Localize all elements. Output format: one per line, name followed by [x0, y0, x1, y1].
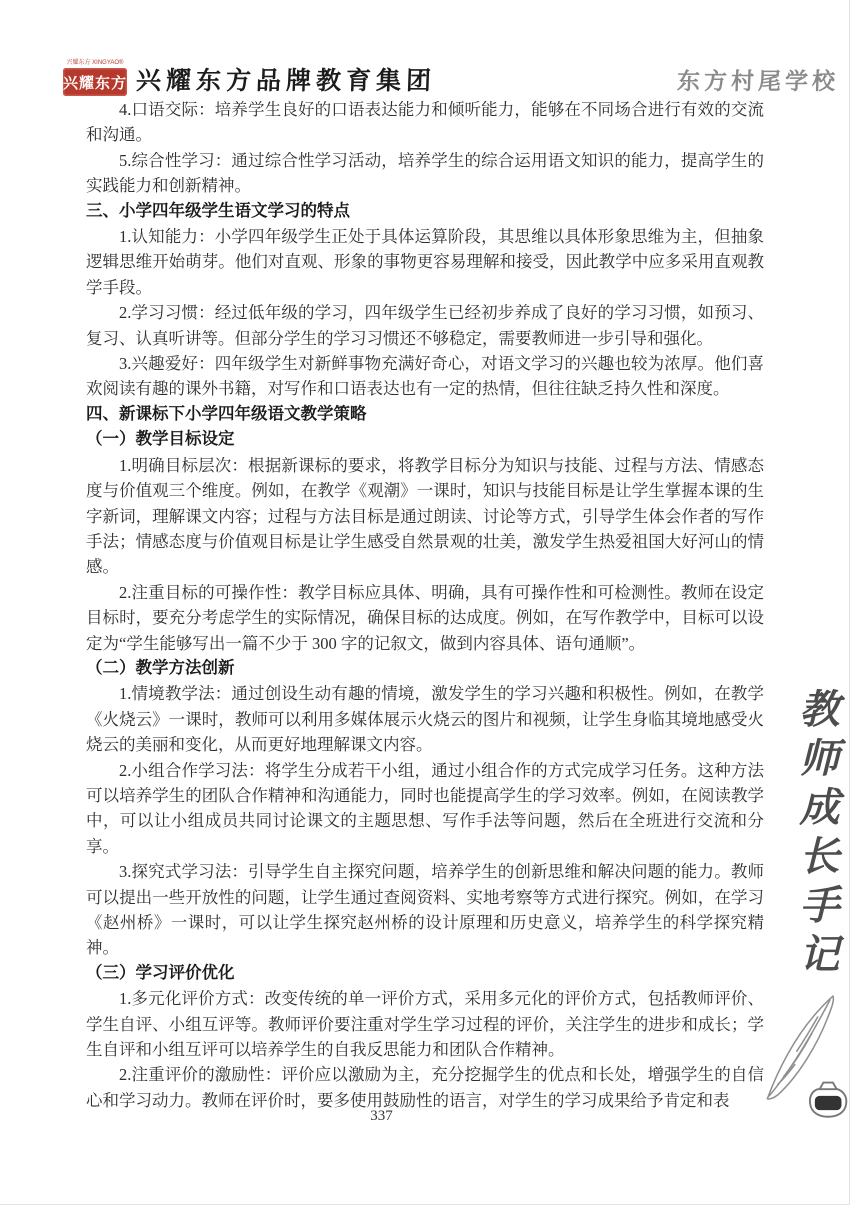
- sub-heading: （三）学习评价优化: [86, 961, 764, 986]
- paragraph: 5.综合性学习：通过综合性学习活动，培养学生的综合运用语文知识的能力，提高学生的…: [86, 148, 764, 199]
- paragraph: 1.多元化评价方式：改变传统的单一评价方式，采用多元化的评价方式，包括教师评价、…: [86, 986, 764, 1062]
- paragraph: 1.明确目标层次：根据新课标的要求，将教学目标分为知识与技能、过程与方法、情感态…: [86, 453, 764, 580]
- document-body: 4.口语交际：培养学生良好的口语表达能力和倾听能力，能够在不同场合进行有效的交流…: [86, 97, 764, 1113]
- section-heading: 四、新课标下小学四年级语文教学策略: [86, 402, 764, 427]
- page-header: 兴耀东方 XINGYAO® 兴耀东方 兴耀东方品牌教育集团 东方村尾学校: [62, 52, 839, 96]
- paragraph: 2.注重评价的激励性：评价应以激励为主，充分挖掘学生的优点和长处，增强学生的自信…: [86, 1062, 764, 1113]
- paragraph: 2.学习习惯：经过低年级的学习，四年级学生已经初步养成了良好的学习习惯，如预习、…: [86, 300, 764, 351]
- logo-seal-icon: 兴耀东方: [63, 68, 127, 96]
- sub-heading: （一）教学目标设定: [86, 427, 764, 452]
- logo-small-text: 兴耀东方 XINGYAO®: [67, 60, 124, 67]
- school-name: 东方村尾学校: [677, 68, 840, 96]
- quill-and-ink-icon: [755, 985, 850, 1125]
- paragraph: 2.注重目标的可操作性：教学目标应具体、明确，具有可操作性和可检测性。教师在设定…: [86, 580, 764, 656]
- page-number: 337: [0, 1108, 763, 1125]
- paragraph: 1.认知能力：小学四年级学生正处于具体运算阶段，其思维以具体形象思维为主，但抽象…: [86, 224, 764, 300]
- company-name: 兴耀东方品牌教育集团: [135, 66, 436, 96]
- vertical-calligraphy-title: 教师成长手记: [788, 688, 845, 988]
- paragraph: 3.探究式学习法：引导学生自主探究问题，培养学生的创新思维和解决问题的能力。教师…: [86, 859, 764, 961]
- sub-heading: （二）教学方法创新: [86, 656, 764, 681]
- document-page: 兴耀东方 XINGYAO® 兴耀东方 兴耀东方品牌教育集团 东方村尾学校 4.口…: [0, 0, 850, 1205]
- section-heading: 三、小学四年级学生语文学习的特点: [86, 199, 764, 224]
- paragraph: 1.情境教学法：通过创设生动有趣的情境，激发学生的学习兴趣和积极性。例如，在教学…: [86, 681, 764, 757]
- xingyao-logo: 兴耀东方 XINGYAO® 兴耀东方: [62, 60, 128, 96]
- paragraph: 2.小组合作学习法：将学生分成若干小组，通过小组合作的方式完成学习任务。这种方法…: [86, 758, 764, 860]
- paragraph: 3.兴趣爱好：四年级学生对新鲜事物充满好奇心，对语文学习的兴趣也较为浓厚。他们喜…: [86, 351, 764, 402]
- paragraph: 4.口语交际：培养学生良好的口语表达能力和倾听能力，能够在不同场合进行有效的交流…: [86, 97, 764, 148]
